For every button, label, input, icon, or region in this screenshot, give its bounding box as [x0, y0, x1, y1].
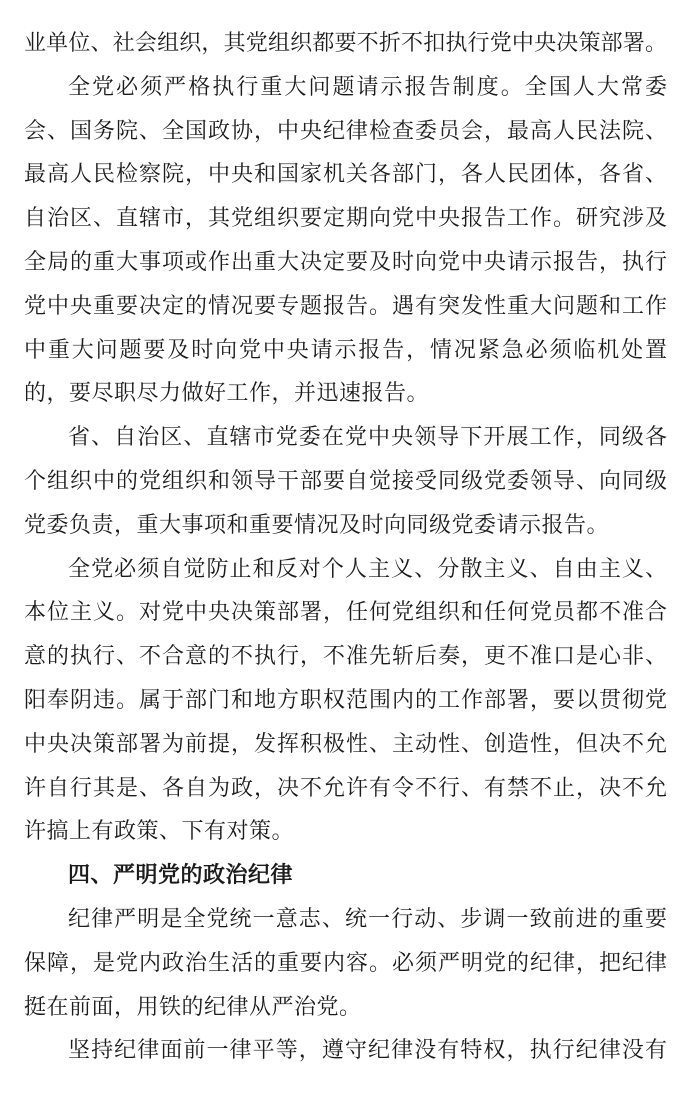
text-line: 省、自治区、直辖市党委在党中央领导下开展工作，同级各 — [24, 416, 667, 460]
text-line: 业单位、社会组织，其党组织都要不折不扣执行党中央决策部署。 — [24, 22, 667, 66]
text-line: 会、国务院、全国政协，中央纪律检查委员会，最高人民法院、 — [24, 110, 667, 154]
text-line: 自治区、直辖市，其党组织要定期向党中央报告工作。研究涉及 — [24, 197, 667, 241]
text-line: 全党必须自觉防止和反对个人主义、分散主义、自由主义、 — [24, 548, 667, 592]
text-line: 的，要尽职尽力做好工作，并迅速报告。 — [24, 372, 667, 416]
text-line: 全局的重大事项或作出重大决定要及时向党中央请示报告，执行 — [24, 241, 667, 285]
text-line: 全党必须严格执行重大问题请示报告制度。全国人大常委 — [24, 66, 667, 110]
text-line: 许自行其是、各自为政，决不允许有令不行、有禁不止，决不允 — [24, 767, 667, 811]
document-page: 业单位、社会组织，其党组织都要不折不扣执行党中央决策部署。全党必须严格执行重大问… — [0, 0, 691, 1096]
text-line: 保障，是党内政治生活的重要内容。必须严明党的纪律，把纪律 — [24, 942, 667, 986]
text-line: 坚持纪律面前一律平等，遵守纪律没有特权，执行纪律没有 — [24, 1029, 667, 1073]
text-line: 最高人民检察院，中央和国家机关各部门，各人民团体，各省、 — [24, 153, 667, 197]
document-body: 业单位、社会组织，其党组织都要不折不扣执行党中央决策部署。全党必须严格执行重大问… — [24, 22, 667, 1073]
section-heading: 四、严明党的政治纪律 — [24, 854, 667, 898]
text-line: 挺在前面，用铁的纪律从严治党。 — [24, 986, 667, 1030]
text-line: 意的执行、不合意的不执行，不准先斩后奏，更不准口是心非、 — [24, 635, 667, 679]
text-line: 党中央重要决定的情况要专题报告。遇有突发性重大问题和工作 — [24, 285, 667, 329]
text-line: 中重大问题要及时向党中央请示报告，情况紧急必须临机处置 — [24, 329, 667, 373]
text-line: 个组织中的党组织和领导干部要自觉接受同级党委领导、向同级 — [24, 460, 667, 504]
text-line: 许搞上有政策、下有对策。 — [24, 810, 667, 854]
text-line: 本位主义。对党中央决策部署，任何党组织和任何党员都不准合 — [24, 591, 667, 635]
text-line: 党委负责，重大事项和重要情况及时向同级党委请示报告。 — [24, 504, 667, 548]
text-line: 中央决策部署为前提，发挥积极性、主动性、创造性，但决不允 — [24, 723, 667, 767]
text-line: 阳奉阴违。属于部门和地方职权范围内的工作部署，要以贯彻党 — [24, 679, 667, 723]
text-line: 纪律严明是全党统一意志、统一行动、步调一致前进的重要 — [24, 898, 667, 942]
